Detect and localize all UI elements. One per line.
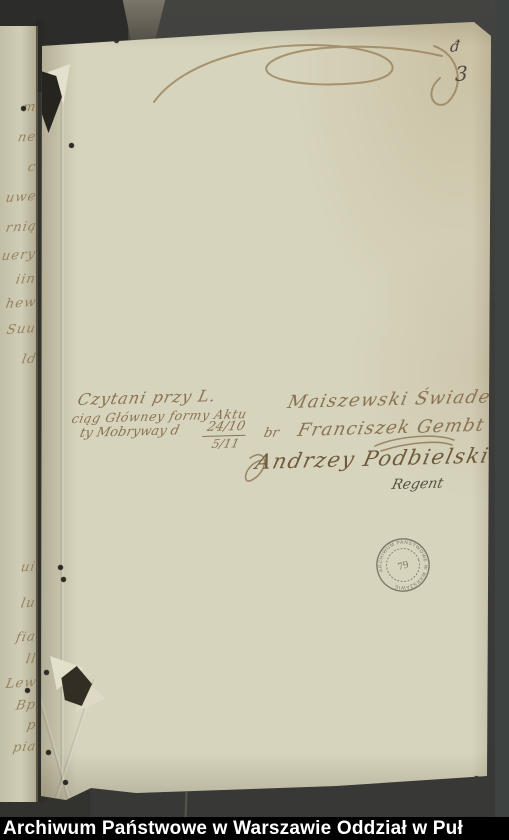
date-suffix: br (262, 426, 280, 441)
table-edge-line (185, 792, 188, 818)
left-page-text-fragment: pia (11, 739, 37, 756)
left-page-text-fragment: uwe (4, 189, 37, 206)
left-page-text-fragment: rnią (4, 219, 38, 236)
signature-regent-title: Regent (390, 476, 445, 493)
wormhole (61, 577, 66, 582)
signature-witness: Maiszewski Świadek (286, 386, 506, 413)
archive-round-stamp: ARCHIWUM PAŃSTWOWE W WARSZAWIE 79 (366, 528, 439, 601)
stamp-number: 79 (397, 559, 411, 573)
wormhole (25, 688, 30, 693)
archive-caption-bar: Archiwum Państwowe w Warszawie Oddział w… (0, 817, 509, 840)
left-page-text-fragment: ui (20, 560, 37, 576)
signature-regent: Andrzey Podbielski (253, 444, 492, 474)
left-page-text-fragment: ld (20, 352, 37, 368)
left-page-text-fragment: ne (16, 129, 37, 145)
left-page-text-fragment: Suu (6, 321, 38, 338)
wormhole (63, 780, 68, 785)
archive-caption-text: Archiwum Państwowe w Warszawie Oddział w… (0, 819, 463, 838)
date-new-style: 5/11 (210, 436, 240, 451)
photo-background: m ne c uwe rnią uery iin hew Suu ld ui l… (0, 0, 509, 817)
folio-mark: đ (450, 37, 460, 56)
wormhole (474, 776, 479, 781)
wormhole (58, 565, 63, 570)
archive-scan-viewer: m ne c uwe rnią uery iin hew Suu ld ui l… (0, 0, 509, 840)
left-page-text-fragment: fia (15, 629, 38, 645)
left-page-text-fragment: Lew (4, 675, 38, 692)
wormhole (44, 670, 49, 675)
wormhole (69, 143, 74, 148)
signature-second: Franciszek Gembt (296, 415, 487, 441)
left-page-text-fragment: uery (1, 247, 38, 264)
left-page-text-fragment: lu (20, 596, 37, 612)
left-page-text-fragment: Bp (15, 697, 38, 713)
folio-number: 3 (455, 61, 468, 86)
wormhole (21, 106, 26, 111)
left-page-text-fragment: iin (15, 271, 38, 287)
manuscript-page: đ 3 Dº Andrzey Szymiński Sprzedaiąc po w… (36, 16, 494, 800)
date-old-style: 24/10 (202, 419, 250, 437)
left-page-sliver: m ne c uwe rnią uery iin hew Suu ld ui l… (0, 26, 38, 802)
wormhole (46, 750, 51, 755)
left-page-text-fragment: hew (4, 295, 37, 312)
closing-line: Czytani przy L. (76, 386, 218, 409)
closing-line: ty Mobryway d (78, 423, 180, 441)
background-right-edge (495, 0, 509, 817)
